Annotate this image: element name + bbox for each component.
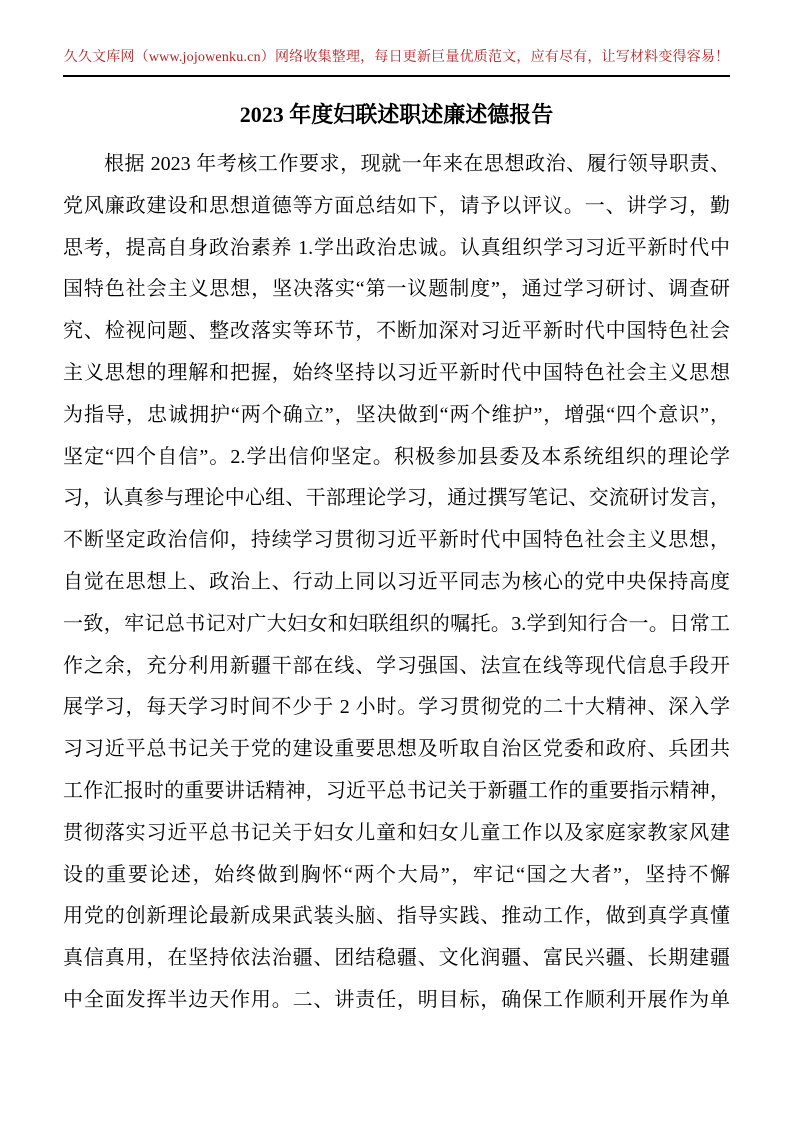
document-page: 久久文库网（www.jojowenku.cn）网络收集整理，每日更新巨量优质范文… — [0, 0, 793, 1122]
body-text-line: 用党的创新理论最新成果武装头脑、指导实践、推动工作，做到真学真懂 — [63, 896, 730, 938]
body-text-line: 自觉在思想上、政治上、行动上同以习近平同志为核心的党中央保持高度 — [63, 562, 730, 604]
body-text-line: 中全面发挥半边天作用。二、讲责任，明目标，确保工作顺利开展作为单 — [63, 980, 730, 1022]
body-text-line: 习，认真参与理论中心组、干部理论学习，通过撰写笔记、交流研讨发言， — [63, 478, 730, 520]
body-text-line: 坚定“四个自信”。2.学出信仰坚定。积极参加县委及本系统组织的理论学 — [63, 437, 730, 479]
body-text-line: 展学习，每天学习时间不少于 2 小时。学习贯彻党的二十大精神、深入学 — [63, 687, 730, 729]
body-text-line: 思考，提高自身政治素养 1.学出政治忠诚。认真组织学习习近平新时代中 — [63, 228, 730, 270]
header-notice-text: 久久文库网（www.jojowenku.cn）网络收集整理，每日更新巨量优质范文… — [63, 0, 730, 77]
document-title: 2023 年度妇联述职述廉述德报告 — [63, 99, 730, 131]
body-text-line: 贯彻落实习近平总书记关于妇女儿童和妇女儿童工作以及家庭家教家风建 — [63, 813, 730, 855]
body-text-line: 一致，牢记总书记对广大妇女和妇联组织的嘱托。3.学到知行合一。日常工 — [63, 604, 730, 646]
body-text-line: 不断坚定政治信仰，持续学习贯彻习近平新时代中国特色社会主义思想， — [63, 520, 730, 562]
body-text-line: 国特色社会主义思想，坚决落实“第一议题制度”，通过学习研讨、调查研 — [63, 269, 730, 311]
document-body: 根据 2023 年考核工作要求，现就一年来在思想政治、履行领导职责、 党风廉政建… — [63, 144, 730, 1022]
body-text-line: 习习近平总书记关于党的建设重要思想及听取自治区党委和政府、兵团共 — [63, 729, 730, 771]
body-text-line: 作之余，充分利用新疆干部在线、学习强国、法宣在线等现代信息手段开 — [63, 646, 730, 688]
body-text-line: 党风廉政建设和思想道德等方面总结如下，请予以评议。一、讲学习，勤 — [63, 186, 730, 228]
body-text-line: 设的重要论述，始终做到胸怀“两个大局”，牢记“国之大者”，坚持不懈 — [63, 855, 730, 897]
body-text-line: 根据 2023 年考核工作要求，现就一年来在思想政治、履行领导职责、 — [63, 144, 730, 186]
body-text-line: 真信真用，在坚持依法治疆、团结稳疆、文化润疆、富民兴疆、长期建疆 — [63, 938, 730, 980]
body-text-line: 主义思想的理解和把握，始终坚持以习近平新时代中国特色社会主义思想 — [63, 353, 730, 395]
body-text-line: 工作汇报时的重要讲话精神，习近平总书记关于新疆工作的重要指示精神， — [63, 771, 730, 813]
body-text-line: 为指导，忠诚拥护“两个确立”，坚决做到“两个维护”，增强“四个意识”， — [63, 395, 730, 437]
body-text-line: 究、检视问题、整改落实等环节，不断加深对习近平新时代中国特色社会 — [63, 311, 730, 353]
